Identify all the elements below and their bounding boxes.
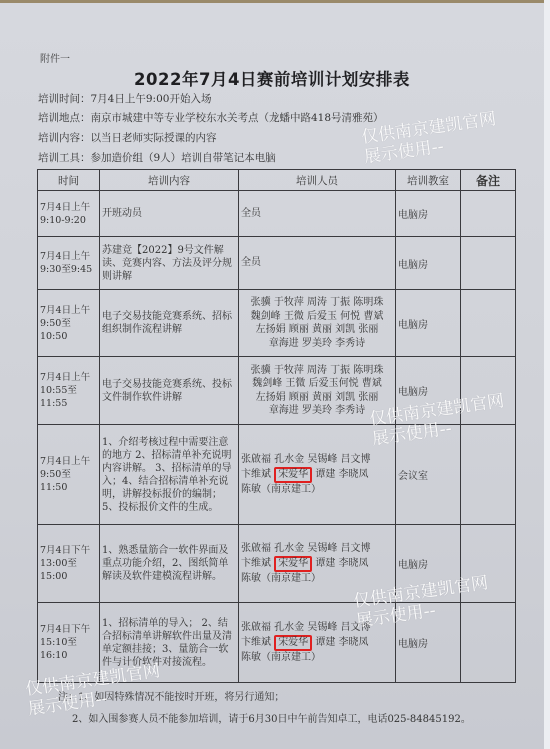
cell-content: 1、介绍考核过程中需要注意的地方 2、招标清单补充说明内容讲解。 3、招标清单的… bbox=[100, 425, 239, 525]
meta-key: 培训内容： bbox=[38, 132, 91, 144]
people-name: 谭建 李晓凤 bbox=[312, 637, 368, 648]
cell-room: 电脑房 bbox=[396, 525, 461, 603]
cell-content: 1、熟悉量筋合一软件界面及重点功能介绍，2、图纸简单解读及软件建模流程讲解。 bbox=[100, 525, 239, 603]
cell-remark bbox=[461, 525, 516, 603]
table-row: 7月4日上午9:10-9:20 开班动员 全员 电脑房 bbox=[38, 191, 516, 237]
time-start: 10:55至 bbox=[40, 384, 97, 397]
people-line: 张啟福 孔水金 吴锡峰 吕文博 bbox=[241, 542, 393, 556]
time-range: 9:10-9:20 bbox=[40, 214, 97, 227]
people-line: 魏剑峰 王微 后爱玉何悦 曹斌 bbox=[241, 377, 393, 391]
cell-time: 7月4日下午15:10至16:10 bbox=[38, 603, 100, 683]
table-row: 7月4日上午9:50至10:50 电子交易技能竞赛系统、招标组织制作流程讲解 张… bbox=[38, 290, 516, 357]
meta-value: 以当日老师实际授课的内容 bbox=[91, 132, 217, 144]
header-time: 时间 bbox=[38, 170, 100, 191]
time-date: 7月4日上午 bbox=[40, 304, 97, 317]
time-end: 15:00 bbox=[40, 570, 97, 583]
table-row: 7月4日上午10:55至11:55 电子交易技能竞赛系统、投标文件制作软件讲解 … bbox=[38, 357, 516, 425]
cell-remark bbox=[461, 290, 516, 357]
meta-value: 参加造价组（9人）培训自带笔记本电脑 bbox=[91, 152, 276, 164]
people-line: 卞维斌 宋爱华 谭建 李晓凤 bbox=[241, 467, 393, 483]
cell-people: 张骥 于牧萍 周涛 丁振 陈明珠 魏剑峰 王微 后爱玉何悦 曹斌 左扬娟 顾丽 … bbox=[239, 357, 396, 425]
cell-room: 会议室 bbox=[396, 425, 461, 525]
header-content: 培训内容 bbox=[100, 170, 239, 191]
cell-time: 7月4日上午9:50至11:50 bbox=[38, 425, 100, 525]
people-name: 谭建 李晓凤 bbox=[312, 469, 368, 480]
time-end: 11:50 bbox=[40, 481, 97, 494]
table-row: 7月4日上午9:30至9:45 苏建竞【2022】9号文件解读、竞赛内容、方法及… bbox=[38, 237, 516, 290]
cell-remark bbox=[461, 357, 516, 425]
cell-content: 电子交易技能竞赛系统、投标文件制作软件讲解 bbox=[100, 357, 239, 425]
cell-people: 全员 bbox=[239, 237, 396, 290]
cell-remark bbox=[461, 603, 516, 683]
time-start: 9:50至 bbox=[40, 468, 97, 481]
people-line: 张骥 于牧萍 周涛 丁振 陈明珠 bbox=[241, 296, 393, 310]
schedule-table: 时间 培训内容 培训人员 培训教室 备注 7月4日上午9:10-9:20 开班动… bbox=[37, 169, 516, 683]
cell-people: 张啟福 孔水金 吴锡峰 吕文博 卞维斌 宋爱华 谭建 李晓凤 陈敏（南京建工） bbox=[239, 603, 396, 683]
cell-content: 苏建竞【2022】9号文件解读、竞赛内容、方法及评分规则讲解 bbox=[100, 237, 239, 290]
cell-remark bbox=[461, 425, 516, 525]
table-row: 7月4日下午13:00至15:00 1、熟悉量筋合一软件界面及重点功能介绍，2、… bbox=[38, 525, 516, 603]
people-line: 陈敏（南京建工） bbox=[241, 483, 393, 497]
meta-key: 培训地点： bbox=[38, 112, 91, 124]
cell-people: 张啟福 孔水金 吴锡峰 吕文博 卞维斌 宋爱华 谭建 李晓凤 陈敏（南京建工） bbox=[239, 525, 396, 603]
time-start: 15:10至 bbox=[40, 636, 97, 649]
cell-room: 电脑房 bbox=[396, 191, 461, 237]
annex-label: 附件一 bbox=[40, 50, 70, 65]
cell-room: 电脑房 bbox=[396, 237, 461, 290]
note-2: 2、如入围参赛人员不能参加培训，请于6月30日中午前告知卓工，电话025-848… bbox=[72, 710, 471, 725]
time-date: 7月4日上午 bbox=[40, 455, 97, 468]
time-date: 7月4日上午 bbox=[40, 201, 97, 214]
people-line: 张骥 于牧萍 周涛 丁振 陈明珠 bbox=[241, 364, 393, 378]
people-name: 谭建 李晓凤 bbox=[312, 558, 368, 569]
meta-key: 培训时间： bbox=[38, 93, 91, 105]
table-header-row: 时间 培训内容 培训人员 培训教室 备注 bbox=[38, 170, 516, 191]
meta-key: 培训工具： bbox=[38, 152, 91, 164]
photo-right-edge bbox=[544, 0, 550, 749]
meta-training-content: 培训内容：以当日老师实际授课的内容 bbox=[38, 130, 217, 145]
time-end: 16:10 bbox=[40, 649, 97, 662]
people-line: 陈敏（南京建工） bbox=[241, 572, 393, 586]
cell-time: 7月4日上午10:55至11:55 bbox=[38, 357, 100, 425]
time-date: 7月4日上午 bbox=[40, 250, 97, 263]
meta-value: 7月4日上午9:00开始入场 bbox=[91, 93, 212, 105]
cell-content: 开班动员 bbox=[100, 191, 239, 237]
highlighted-name: 宋爱华 bbox=[274, 635, 312, 651]
cell-room: 电脑房 bbox=[396, 290, 461, 357]
time-date: 7月4日上午 bbox=[40, 371, 97, 384]
time-date: 7月4日下午 bbox=[40, 544, 97, 557]
cell-time: 7月4日上午9:50至10:50 bbox=[38, 290, 100, 357]
time-range: 9:30至9:45 bbox=[40, 263, 97, 276]
people-line: 卞维斌 宋爱华 谭建 李晓凤 bbox=[241, 556, 393, 572]
cell-room: 电脑房 bbox=[396, 603, 461, 683]
people-line: 陈敏（南京建工） bbox=[241, 651, 393, 665]
highlighted-name: 宋爱华 bbox=[274, 467, 312, 483]
time-date: 7月4日下午 bbox=[40, 623, 97, 636]
cell-time: 7月4日下午13:00至15:00 bbox=[38, 525, 100, 603]
time-end: 11:55 bbox=[40, 397, 97, 410]
table-row: 7月4日下午15:10至16:10 1、招标清单的导入； 2、结合招标清单讲解软… bbox=[38, 603, 516, 683]
people-line: 章海进 罗美玲 李秀诗 bbox=[241, 404, 393, 418]
cell-content: 1、招标清单的导入； 2、结合招标清单讲解软件出量及清单定额挂接；3、量筋合一软… bbox=[100, 603, 239, 683]
people-line: 张啟福 孔水金 吴锡峰 吕文博 bbox=[241, 453, 393, 467]
people-line: 章海进 罗美玲 李秀诗 bbox=[241, 337, 393, 351]
people-line: 魏剑峰 王微 后爱玉 何悦 曹斌 bbox=[241, 310, 393, 324]
cell-time: 7月4日上午9:10-9:20 bbox=[38, 191, 100, 237]
table-row: 7月4日上午9:50至11:50 1、介绍考核过程中需要注意的地方 2、招标清单… bbox=[38, 425, 516, 525]
cell-people: 张骥 于牧萍 周涛 丁振 陈明珠 魏剑峰 王微 后爱玉 何悦 曹斌 左扬娟 顾丽… bbox=[239, 290, 396, 357]
cell-remark bbox=[461, 237, 516, 290]
time-end: 10:50 bbox=[40, 330, 97, 343]
note-1: 注：1、如因特殊情况不能按时开班，将另行通知； bbox=[58, 688, 284, 703]
meta-value: 南京市城建中等专业学校东水关考点（龙蟠中路418号清雅苑） bbox=[91, 112, 384, 124]
time-start: 13:00至 bbox=[40, 557, 97, 570]
cell-people: 全员 bbox=[239, 191, 396, 237]
people-name: 卞维斌 bbox=[241, 637, 274, 648]
people-line: 左扬娟 顾丽 黄丽 刘凯 张丽 bbox=[241, 323, 393, 337]
cell-time: 7月4日上午9:30至9:45 bbox=[38, 237, 100, 290]
people-name: 卞维斌 bbox=[241, 558, 274, 569]
cell-people: 张啟福 孔水金 吴锡峰 吕文博 卞维斌 宋爱华 谭建 李晓凤 陈敏（南京建工） bbox=[239, 425, 396, 525]
meta-training-location: 培训地点：南京市城建中等专业学校东水关考点（龙蟠中路418号清雅苑） bbox=[38, 110, 384, 125]
header-people: 培训人员 bbox=[239, 170, 396, 191]
cell-remark bbox=[461, 191, 516, 237]
people-line: 左扬娟 顾丽 黄丽 刘凯 张丽 bbox=[241, 391, 393, 405]
document-title: 2022年7月4日赛前培训计划安排表 bbox=[0, 66, 544, 90]
highlighted-name: 宋爱华 bbox=[274, 556, 312, 572]
people-line: 卞维斌 宋爱华 谭建 李晓凤 bbox=[241, 635, 393, 651]
header-remark: 备注 bbox=[461, 170, 516, 191]
people-name: 卞维斌 bbox=[241, 469, 274, 480]
meta-training-time: 培训时间：7月4日上午9:00开始入场 bbox=[38, 91, 211, 106]
cell-room: 电脑房 bbox=[396, 357, 461, 425]
meta-training-tools: 培训工具：参加造价组（9人）培训自带笔记本电脑 bbox=[38, 150, 276, 165]
cell-content: 电子交易技能竞赛系统、招标组织制作流程讲解 bbox=[100, 290, 239, 357]
header-room: 培训教室 bbox=[396, 170, 461, 191]
time-start: 9:50至 bbox=[40, 317, 97, 330]
people-line: 张啟福 孔水金 吴锡峰 吕文博 bbox=[241, 621, 393, 635]
